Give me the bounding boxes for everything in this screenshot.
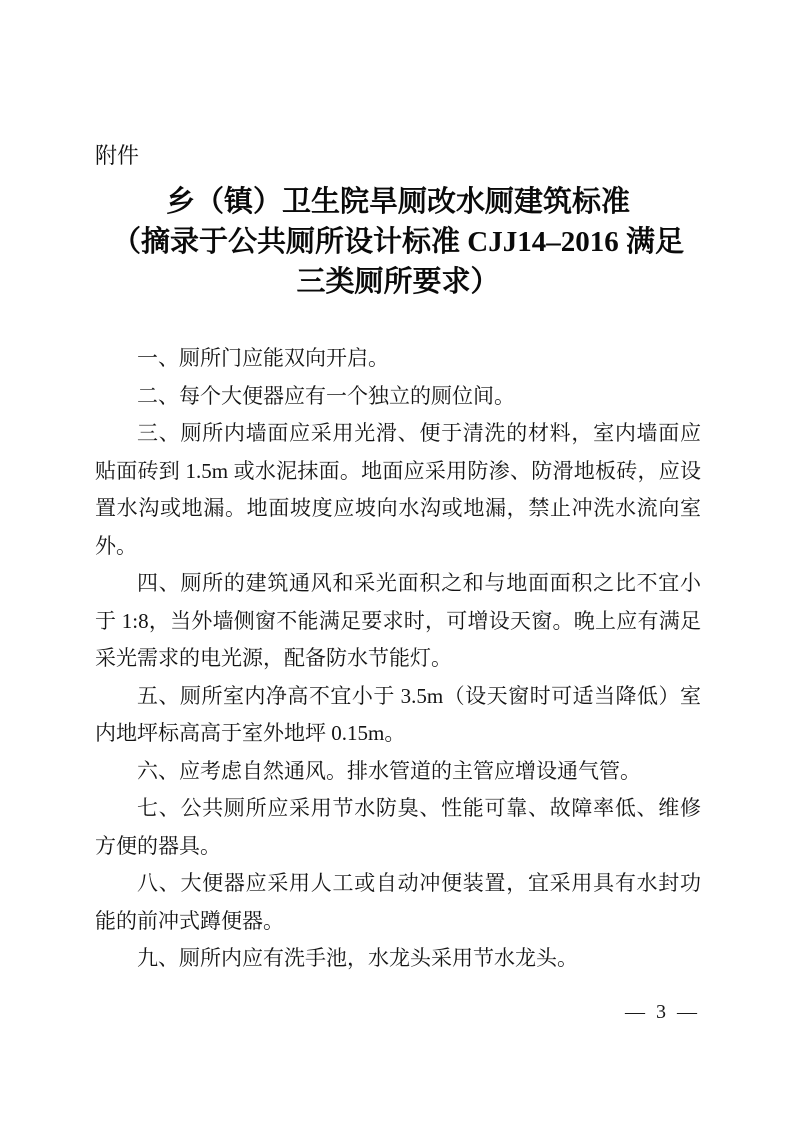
- page-number: — 3 —: [625, 1001, 700, 1024]
- clause-6: 六、应考虑自然通风。排水管道的主管应增设通气管。: [95, 753, 701, 791]
- clause-1: 一、厕所门应能双向开启。: [95, 340, 701, 378]
- document-title: 乡（镇）卫生院旱厕改水厕建筑标准 （摘录于公共厕所设计标准 CJJ14–2016…: [95, 182, 701, 302]
- clause-2: 二、每个大便器应有一个独立的厕位间。: [95, 378, 701, 416]
- title-line-3: 三类厕所要求）: [95, 262, 701, 302]
- clause-4: 四、厕所的建筑通风和采光面积之和与地面面积之比不宜小于 1:8，当外墙侧窗不能满…: [95, 565, 701, 678]
- clause-3: 三、厕所内墙面应采用光滑、便于清洗的材料，室内墙面应贴面砖到 1.5m 或水泥抹…: [95, 415, 701, 565]
- clause-7: 七、公共厕所应采用节水防臭、性能可靠、故障率低、维修方便的器具。: [95, 790, 701, 865]
- title-line-1: 乡（镇）卫生院旱厕改水厕建筑标准: [95, 182, 701, 222]
- clause-9: 九、厕所内应有洗手池，水龙头采用节水龙头。: [95, 940, 701, 978]
- clause-8: 八、大便器应采用人工或自动冲便装置，宜采用具有水封功能的前冲式蹲便器。: [95, 865, 701, 940]
- document-page: 附件 乡（镇）卫生院旱厕改水厕建筑标准 （摘录于公共厕所设计标准 CJJ14–2…: [0, 0, 793, 1122]
- title-line-2: （摘录于公共厕所设计标准 CJJ14–2016 满足: [95, 222, 701, 262]
- clause-5: 五、厕所室内净高不宜小于 3.5m（设天窗时可适当降低）室内地坪标高高于室外地坪…: [95, 678, 701, 753]
- attachment-label: 附件: [95, 142, 701, 170]
- document-body: 一、厕所门应能双向开启。 二、每个大便器应有一个独立的厕位间。 三、厕所内墙面应…: [95, 340, 701, 978]
